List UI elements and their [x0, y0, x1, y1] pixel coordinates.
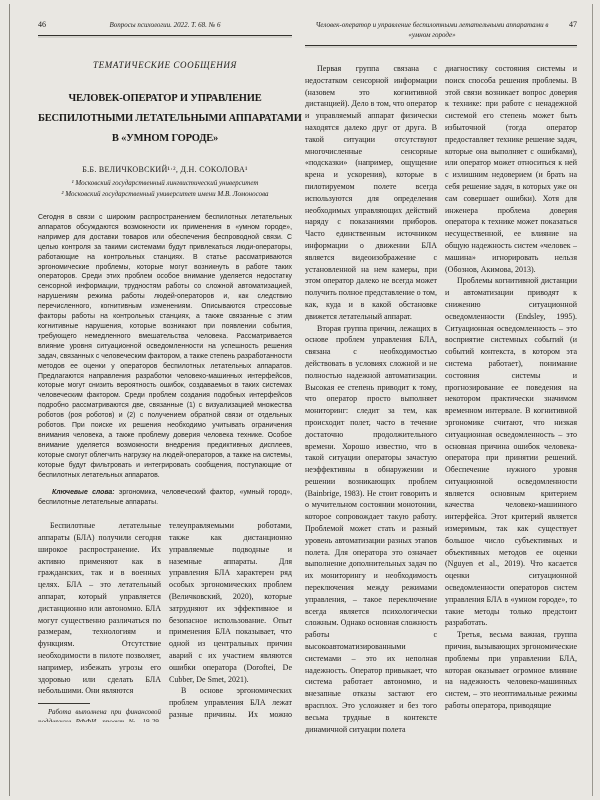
page-number-left: 46	[38, 20, 56, 30]
header-rule-right	[305, 45, 577, 46]
article-title-line1: ЧЕЛОВЕК-ОПЕРАТОР И УПРАВЛЕНИЕ	[38, 89, 292, 109]
page-number-right: 47	[559, 20, 577, 30]
body-columns-right-page: Первая группа связана с недостатком сенс…	[305, 63, 577, 779]
body-paragraph: В основе эргономических проблем управлен…	[169, 685, 292, 722]
header-rule-left	[38, 35, 292, 36]
funding-footnote: Работа выполнена при финансовой поддержк…	[38, 707, 161, 722]
footnote-block: Работа выполнена при финансовой поддержк…	[38, 697, 161, 722]
footnote-rule	[38, 703, 90, 704]
scan-edge-left	[9, 4, 10, 796]
body-paragraph: Беспилотные летательные аппараты (БЛА) п…	[38, 520, 161, 697]
keywords-label: Ключевые слова:	[52, 489, 115, 496]
abstract-text: Сегодня в связи с широким распространени…	[38, 213, 292, 480]
journal-running-head: Вопросы психологии. 2022. Т. 68. № 6	[56, 20, 274, 30]
article-running-head: Человек-оператор и управление беспилотны…	[305, 20, 559, 40]
section-label: ТЕМАТИЧЕСКИЕ СООБЩЕНИЯ	[38, 60, 292, 70]
right-page-column-1: Первая группа связана с недостатком сенс…	[305, 63, 437, 779]
affiliation-1: ¹ Московский государственный лингвистиче…	[38, 178, 292, 189]
body-columns-left-page: Беспилотные летательные аппараты (БЛА) п…	[38, 520, 292, 722]
body-paragraph: Третья, весьма важная, группа причин, вы…	[445, 629, 577, 712]
body-paragraph: Проблемы когнитивной дистанции и автомат…	[445, 275, 577, 629]
right-page-column-2: диагностику состояния системы и поиск сп…	[445, 63, 577, 779]
article-title-line3: В «УМНОМ ГОРОДЕ»	[38, 129, 292, 149]
keywords-block: Ключевые слова: эргономика, человеческий…	[38, 488, 292, 508]
scan-edge-right	[592, 4, 593, 796]
authors-line: Б.Б. ВЕЛИЧКОВСКИЙ¹·², Д.Н. СОКОЛОВА¹	[38, 165, 292, 174]
left-page-column-2: телеуправляемыми роботами, также как дис…	[169, 520, 292, 722]
article-title-line2: БЕСПИЛОТНЫМИ ЛЕТАТЕЛЬНЫМИ АППАРАТАМИ	[38, 109, 292, 129]
running-head-left: 46 Вопросы психологии. 2022. Т. 68. № 6	[38, 20, 292, 30]
article-title: ЧЕЛОВЕК-ОПЕРАТОР И УПРАВЛЕНИЕ БЕСПИЛОТНЫ…	[38, 89, 292, 149]
page-left: 46 Вопросы психологии. 2022. Т. 68. № 6 …	[38, 20, 292, 722]
left-page-column-1: Беспилотные летательные аппараты (БЛА) п…	[38, 520, 161, 722]
body-paragraph: диагностику состояния системы и поиск сп…	[445, 63, 577, 275]
body-paragraph: Вторая группа причин, лежащих в основе п…	[305, 323, 437, 736]
page-right: Человек-оператор и управление беспилотны…	[305, 20, 577, 779]
running-head-right: Человек-оператор и управление беспилотны…	[305, 20, 577, 40]
body-paragraph: Первая группа связана с недостатком сенс…	[305, 63, 437, 323]
affiliation-2: ² Московский государственный университет…	[38, 189, 292, 200]
affiliations: ¹ Московский государственный лингвистиче…	[38, 178, 292, 200]
body-paragraph: телеуправляемыми роботами, также как дис…	[169, 520, 292, 685]
